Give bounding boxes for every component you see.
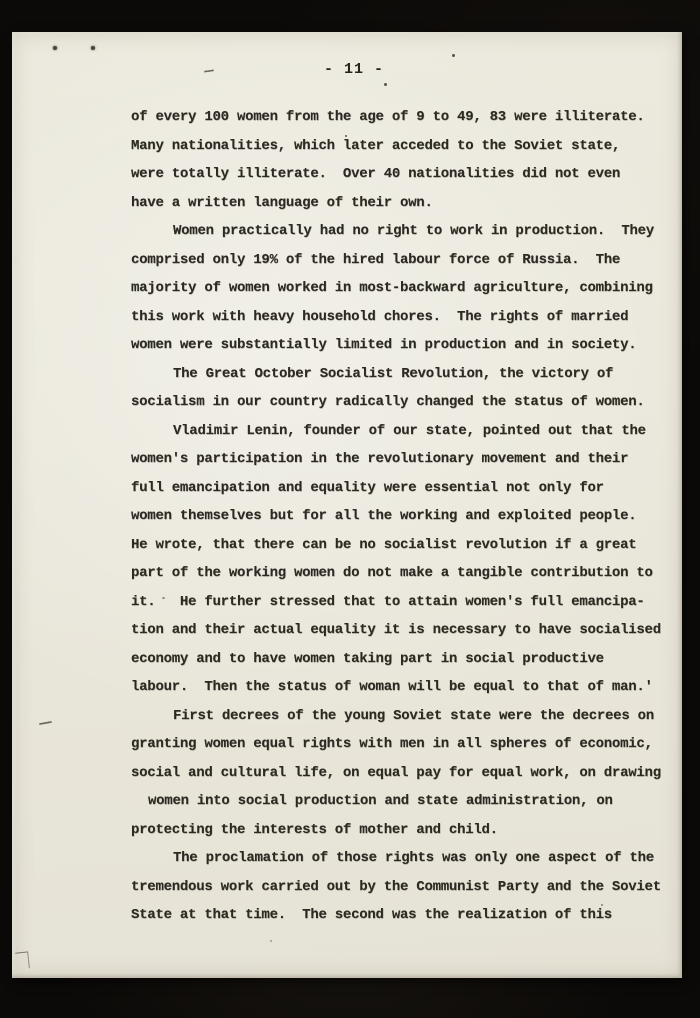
document-page: - 11 - of every 100 women from the age o… bbox=[12, 32, 682, 978]
paper-speck bbox=[270, 940, 272, 942]
pencil-mark bbox=[39, 721, 52, 725]
text-line: socialism in our country radically chang… bbox=[131, 388, 671, 417]
text-line: social and cultural life, on equal pay f… bbox=[131, 759, 671, 788]
text-line: economy and to have women taking part in… bbox=[131, 645, 671, 674]
text-line: protecting the interests of mother and c… bbox=[131, 816, 671, 845]
text-line: women into social production and state a… bbox=[131, 787, 671, 816]
text-line: First decrees of the young Soviet state … bbox=[131, 702, 671, 731]
page-number: - 11 - bbox=[12, 61, 682, 78]
page-body: of every 100 women from the age of 9 to … bbox=[131, 103, 671, 930]
text-line: He wrote, that there can be no socialist… bbox=[131, 531, 671, 560]
text-line: women themselves but for all the working… bbox=[131, 502, 671, 531]
text-line: tremendous work carried out by the Commu… bbox=[131, 873, 671, 902]
text-line: part of the working women do not make a … bbox=[131, 559, 671, 588]
text-line: Vladimir Lenin, founder of our state, po… bbox=[131, 417, 671, 446]
text-line: State at that time. The second was the r… bbox=[131, 901, 671, 930]
text-line: were totally illiterate. Over 40 nationa… bbox=[131, 160, 671, 189]
text-line: The proclamation of those rights was onl… bbox=[131, 844, 671, 873]
text-line: majority of women worked in most-backwar… bbox=[131, 274, 671, 303]
text-line: tion and their actual equality it is nec… bbox=[131, 616, 671, 645]
text-line: comprised only 19% of the hired labour f… bbox=[131, 246, 671, 275]
text-line: The Great October Socialist Revolution, … bbox=[131, 360, 671, 389]
text-line: women's participation in the revolutiona… bbox=[131, 445, 671, 474]
scan-background: { "page": { "number_label": "- 11 -", "p… bbox=[0, 0, 700, 1018]
text-line: this work with heavy household chores. T… bbox=[131, 303, 671, 332]
text-line: full emancipation and equality were esse… bbox=[131, 474, 671, 503]
text-line: granting women equal rights with men in … bbox=[131, 730, 671, 759]
text-line: Women practically had no right to work i… bbox=[131, 217, 671, 246]
text-line: labour. Then the status of woman will be… bbox=[131, 673, 671, 702]
paper-speck bbox=[384, 83, 387, 86]
pinhole bbox=[53, 46, 57, 50]
paper-speck bbox=[452, 54, 455, 57]
text-line: of every 100 women from the age of 9 to … bbox=[131, 103, 671, 132]
pencil-corner-mark bbox=[15, 951, 30, 969]
text-line: it. He further stressed that to attain w… bbox=[131, 588, 671, 617]
text-line: women were substantially limited in prod… bbox=[131, 331, 671, 360]
text-line: Many nationalities, which later acceded … bbox=[131, 132, 671, 161]
pinhole bbox=[91, 46, 95, 50]
text-line: have a written language of their own. bbox=[131, 189, 671, 218]
